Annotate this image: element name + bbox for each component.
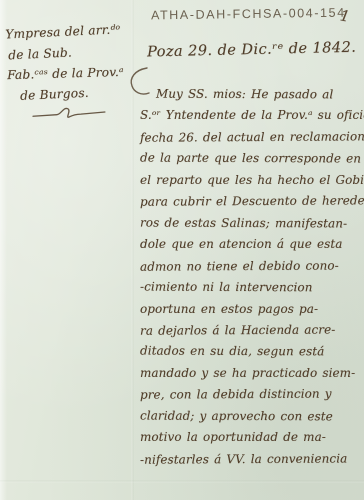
body-line: admon no tiene el debido cono- <box>140 255 364 278</box>
body-line: oportuna en estos pagos pa- <box>140 299 364 320</box>
body-line: dole que en atencion á que esta <box>140 234 364 255</box>
manuscript-page: ATHA-DAH-FCHSA-004-154 1 Ympresa del arr… <box>0 0 364 500</box>
paper-crease-horizontal <box>0 480 364 483</box>
body-line: Muy SS. mios: He pasado al <box>140 84 364 106</box>
page-number: 1 <box>339 6 352 25</box>
body-line: fecha 26. del actual en reclamacion <box>140 126 364 149</box>
body-line: S.ᵒʳ Yntendente de la Prov.ᵃ su oficio <box>140 105 364 126</box>
body-line: -nifestarles á VV. la conveniencia <box>140 448 364 471</box>
body-line: de la parte que les corresponde en <box>140 148 364 170</box>
body-line: motivo la oportunidad de ma- <box>140 427 364 448</box>
body-line: -cimiento ni la intervencion <box>140 277 364 299</box>
letter-body: Muy SS. mios: He pasado al S.ᵒʳ Yntenden… <box>140 84 364 470</box>
archive-reference-stamp: ATHA-DAH-FCHSA-004-154 <box>151 6 346 23</box>
scan-edge-highlight <box>0 0 7 500</box>
body-line: el reparto que les ha hecho el Gobierno <box>140 170 364 191</box>
body-line: ditados en su dia, segun está <box>140 341 364 363</box>
body-line: para cubrir el Descuento de herede- <box>140 191 364 214</box>
body-line: mandado y se ha practicado siem- <box>140 363 364 384</box>
dateline: Poza 29. de Dic.ʳᵉ de 1842. <box>147 39 361 61</box>
body-line: ros de estas Salinas; manifestan- <box>140 212 364 234</box>
body-line: claridad; y aprovecho con este <box>140 405 364 427</box>
body-line: ra dejarlos á la Hacienda acre- <box>140 319 364 342</box>
body-line: pre, con la debida distincion y <box>140 384 364 407</box>
rubric-flourish <box>31 104 110 124</box>
